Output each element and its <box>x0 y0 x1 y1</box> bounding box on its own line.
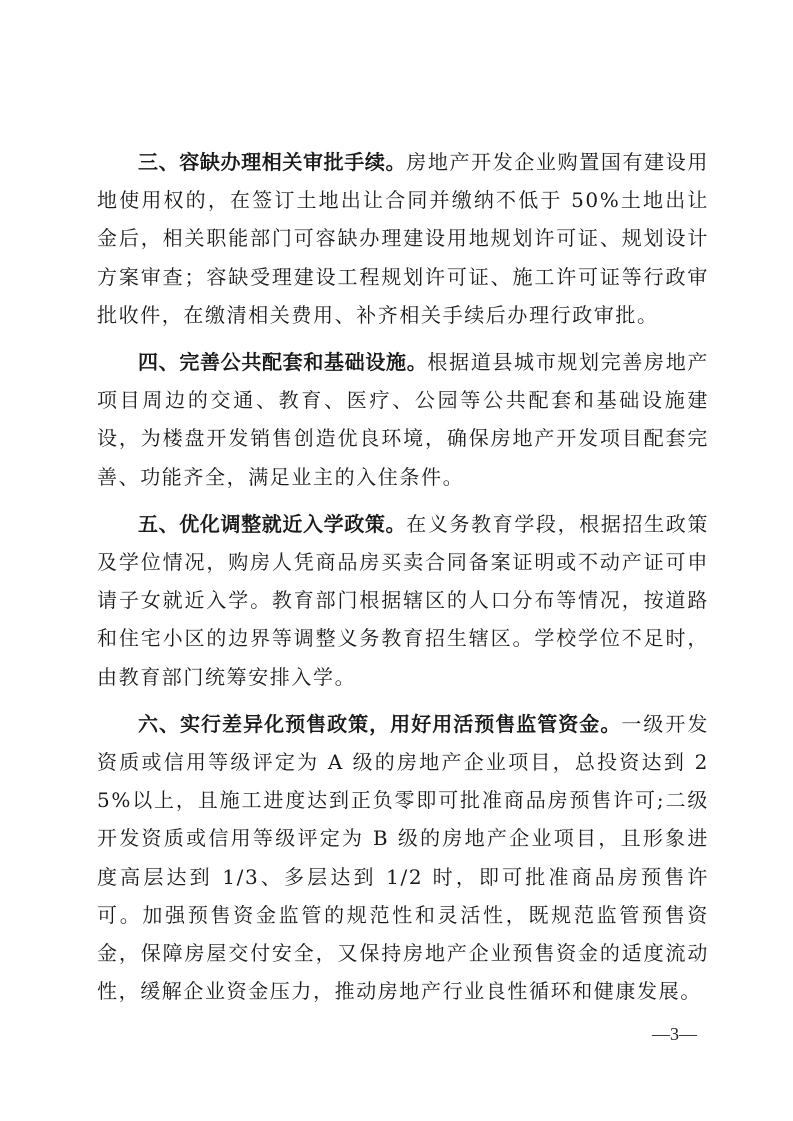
section-heading-4: 四、完善公共配套和基础设施。 <box>138 350 427 374</box>
paragraph-section-3: 三、容缺办理相关审批手续。房地产开发企业购置国有建设用地使用权的，在签订土地出让… <box>97 143 709 334</box>
section-body-3: 房地产开发企业购置国有建设用地使用权的，在签订土地出让合同并缴纳不低于 50%土… <box>97 150 709 327</box>
page-number: —3— <box>652 1024 697 1045</box>
paragraph-section-4: 四、完善公共配套和基础设施。根据道县城市规划完善房地产项目周边的交通、教育、医疗… <box>97 343 709 496</box>
section-heading-3: 三、容缺办理相关审批手续。 <box>138 150 406 174</box>
document-page: 三、容缺办理相关审批手续。房地产开发企业购置国有建设用地使用权的，在签订土地出让… <box>97 143 709 1019</box>
paragraph-section-6: 六、实行差异化预售政策，用好用活预售监管资金。一级开发资质或信用等级评定为 A … <box>97 705 709 1011</box>
paragraph-section-5: 五、优化调整就近入学政策。在义务教育学段，根据招生政策及学位情况，购房人凭商品房… <box>97 505 709 696</box>
section-heading-6: 六、实行差异化预售政策，用好用活预售监管资金。 <box>138 712 621 736</box>
section-body-6: 一级开发资质或信用等级评定为 A 级的房地产企业项目，总投资达到 25%以上，且… <box>97 712 709 1003</box>
section-body-5: 在义务教育学段，根据招生政策及学位情况，购房人凭商品房买卖合同备案证明或不动产证… <box>97 512 709 689</box>
section-heading-5: 五、优化调整就近入学政策。 <box>138 512 406 536</box>
